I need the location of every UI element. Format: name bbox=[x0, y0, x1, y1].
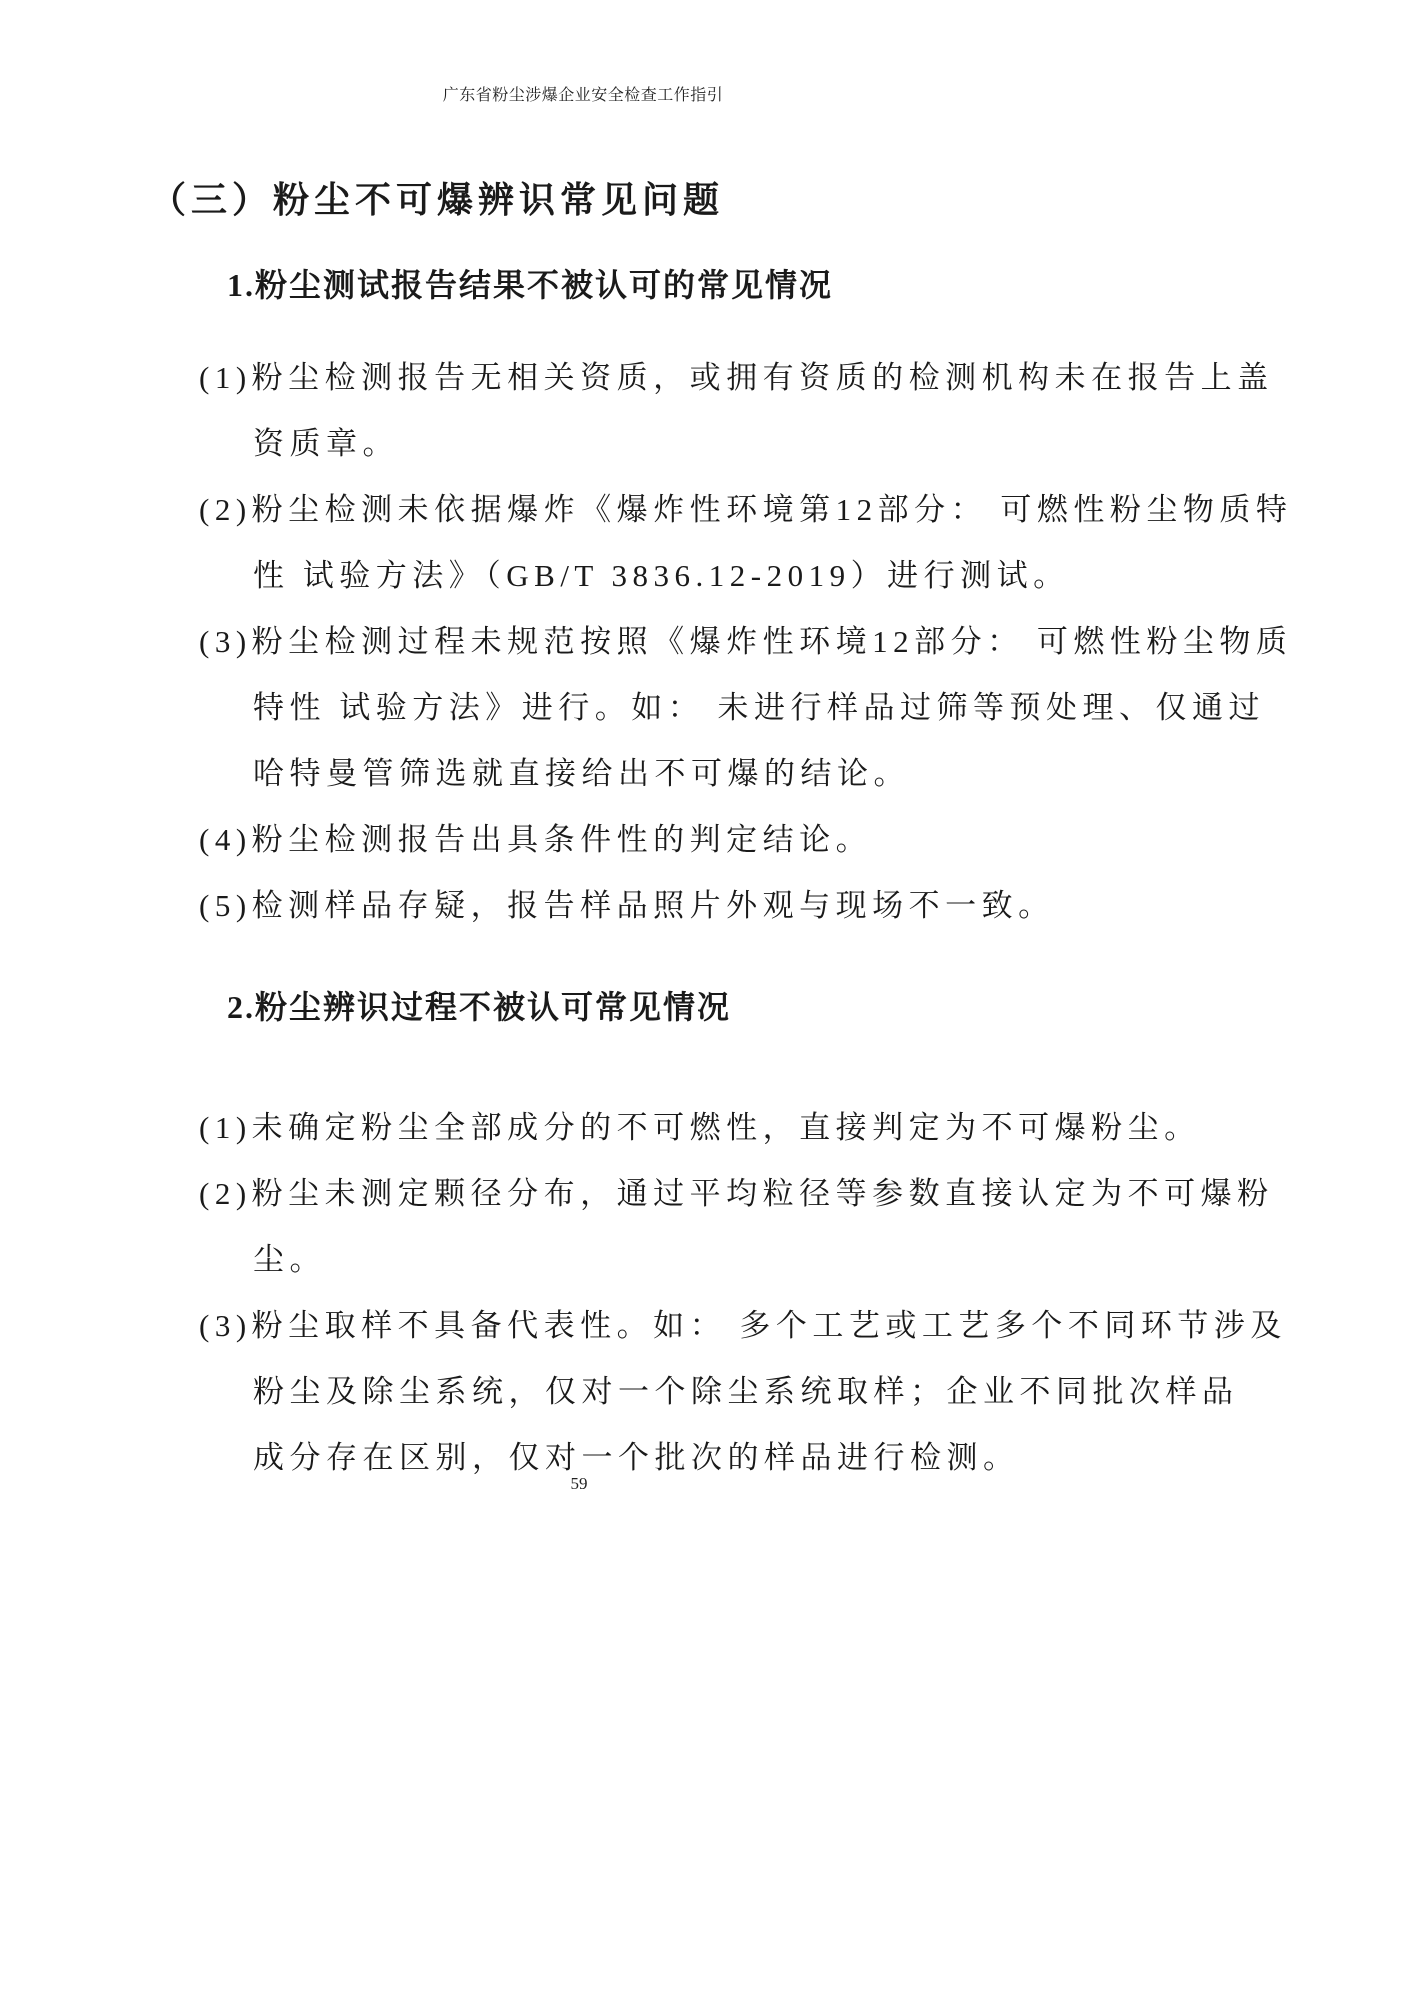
list-item-2-line-2: 尘。 bbox=[253, 1227, 1319, 1293]
list-item-1-line-1: (1)未确定粉尘全部成分的不可燃性，直接判定为不可爆粉尘。 bbox=[199, 1095, 1319, 1161]
list-item-2-line-2: 性 试验方法》（GB/T 3836.12-2019）进行测试。 bbox=[253, 543, 1319, 609]
document-page: 广东省粉尘涉爆企业安全检查工作指引 （三）粉尘不可爆辨识常见问题 1.粉尘测试报… bbox=[0, 0, 1413, 2000]
list-item-2-line-1: (2)粉尘未测定颗径分布，通过平均粒径等参数直接认定为不可爆粉 bbox=[199, 1161, 1319, 1227]
subsection-title-1: 1.粉尘测试报告结果不被认可的常见情况 bbox=[227, 255, 833, 315]
list-item-2-line-1: (2)粉尘检测未依据爆炸《爆炸性环境第12部分： 可燃性粉尘物质特 bbox=[199, 477, 1319, 543]
list-item-3-line-1: (3)粉尘检测过程未规范按照《爆炸性环境12部分： 可燃性粉尘物质 bbox=[199, 609, 1319, 675]
list-item-1-line-2: 资质章。 bbox=[253, 411, 1319, 477]
list-item-5-line-1: (5)检测样品存疑，报告样品照片外观与现场不一致。 bbox=[199, 873, 1319, 939]
page-number: 59 bbox=[0, 1474, 1158, 1494]
list-item-3-line-3: 哈特曼管筛选就直接给出不可爆的结论。 bbox=[253, 741, 1319, 807]
list-item-3-line-2: 粉尘及除尘系统，仅对一个除尘系统取样；企业不同批次样品 bbox=[253, 1359, 1319, 1425]
list-item-3-line-1: (3)粉尘取样不具备代表性。如： 多个工艺或工艺多个不同环节涉及 bbox=[199, 1293, 1319, 1359]
list-item-1-line-1: (1)粉尘检测报告无相关资质，或拥有资质的检测机构未在报告上盖 bbox=[199, 345, 1319, 411]
list-item-4-line-1: (4)粉尘检测报告出具条件性的判定结论。 bbox=[199, 807, 1319, 873]
list-item-3-line-2: 特性 试验方法》进行。如： 未进行样品过筛等预处理、仅通过 bbox=[253, 675, 1319, 741]
list-section-1: (1)粉尘检测报告无相关资质，或拥有资质的检测机构未在报告上盖 资质章。 (2)… bbox=[199, 345, 1319, 939]
list-section-2: (1)未确定粉尘全部成分的不可燃性，直接判定为不可爆粉尘。 (2)粉尘未测定颗径… bbox=[199, 1095, 1319, 1491]
page-header: 广东省粉尘涉爆企业安全检查工作指引 bbox=[0, 82, 1166, 105]
subsection-title-2: 2.粉尘辨识过程不被认可常见情况 bbox=[227, 977, 731, 1037]
section-heading: （三）粉尘不可爆辨识常见问题 bbox=[150, 170, 724, 230]
